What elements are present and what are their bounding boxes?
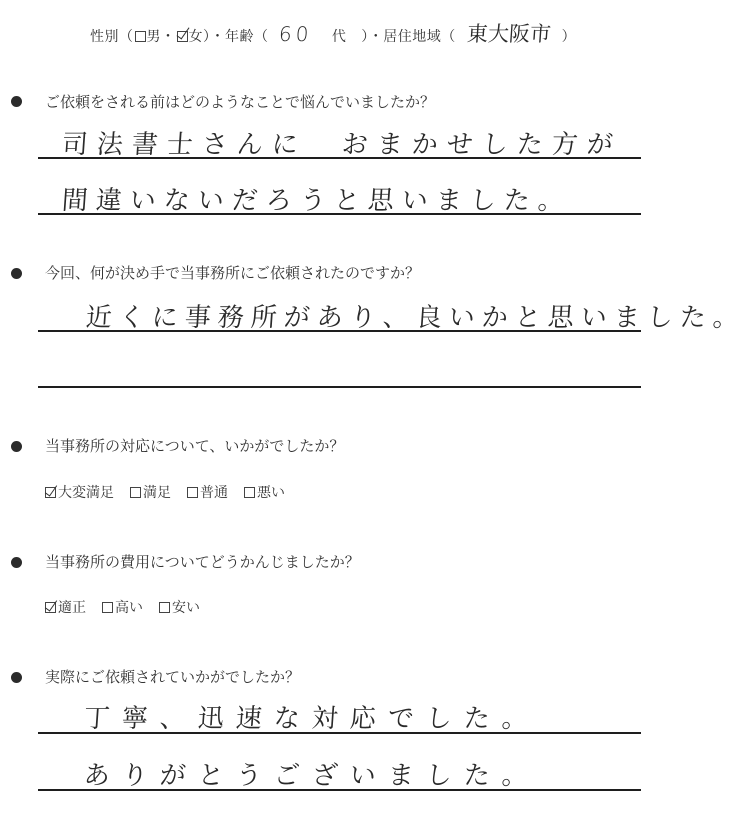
separator: ・ <box>161 29 176 45</box>
option-bad[interactable]: 悪い <box>244 482 285 502</box>
answer-rule <box>38 213 641 215</box>
checkbox[interactable] <box>159 602 170 613</box>
paren-close: ） <box>562 29 577 45</box>
answer-rule <box>38 386 641 388</box>
separator: ・ <box>369 29 384 45</box>
gender-male-label: 男 <box>147 29 162 45</box>
answer-5-line-1: 丁寧、迅速な対応でした。 <box>83 698 542 735</box>
question-1: ご依頼をされる前はどのようなことで悩んでいましたか？ <box>45 91 435 112</box>
age-label: 年齢 <box>225 29 254 45</box>
response-options: 大変満足 満足 普通 悪い <box>45 482 285 502</box>
paren-close: ） <box>203 29 211 45</box>
option-label: 高い <box>115 597 143 617</box>
paren-open: （ <box>441 29 456 45</box>
answer-rule <box>38 157 641 159</box>
region-value: 東大阪市 <box>466 18 552 48</box>
option-fair[interactable]: 適正 <box>45 597 86 617</box>
option-label: 大変満足 <box>58 482 114 502</box>
checkbox-checked[interactable] <box>45 602 56 613</box>
separator: ・ <box>211 29 226 45</box>
checkbox[interactable] <box>244 487 255 498</box>
option-expensive[interactable]: 高い <box>102 597 143 617</box>
bullet-icon <box>11 441 22 452</box>
answer-2-line-1: 近くに事務所があり、良いかと思いました。 <box>85 297 748 334</box>
option-very-satisfied[interactable]: 大変満足 <box>45 482 114 502</box>
bullet-icon <box>11 672 22 683</box>
gender-label: 性別 <box>90 29 119 45</box>
question-4: 当事務所の費用についてどうかんじましたか？ <box>45 551 360 572</box>
option-label: 満足 <box>143 482 171 502</box>
age-suffix: 代 <box>332 29 347 45</box>
age-value: 60 <box>279 22 314 46</box>
cost-options: 適正 高い 安い <box>45 597 200 617</box>
paren-open: （ <box>254 29 269 45</box>
option-cheap[interactable]: 安い <box>159 597 200 617</box>
region-label: 居住地域 <box>383 29 441 45</box>
paren-open: （ <box>119 29 134 45</box>
respondent-info: 性別（男・女）・年齢（ 60 代 ）・居住地域（ 東大阪市 ） <box>90 18 576 48</box>
question-5: 実際にご依頼されていかがでしたか？ <box>45 666 300 687</box>
option-label: 悪い <box>257 482 285 502</box>
question-2: 今回、何が決め手で当事務所にご依頼されたのですか？ <box>45 262 420 283</box>
answer-rule <box>38 330 641 332</box>
checkbox[interactable] <box>130 487 141 498</box>
checkbox[interactable] <box>187 487 198 498</box>
option-satisfied[interactable]: 満足 <box>130 482 171 502</box>
bullet-icon <box>11 96 22 107</box>
answer-1-line-1: 司法書士さんに おまかせした方が <box>61 124 624 161</box>
bullet-icon <box>11 557 22 568</box>
question-3: 当事務所の対応について、いかがでしたか？ <box>45 435 344 456</box>
answer-1-line-2: 間違いないだろうと思いました。 <box>61 180 574 217</box>
checkbox[interactable] <box>102 602 113 613</box>
gender-male-checkbox[interactable] <box>135 31 146 42</box>
gender-female-checkbox[interactable] <box>177 31 188 42</box>
checkbox-checked[interactable] <box>45 487 56 498</box>
answer-rule <box>38 732 641 734</box>
answer-rule <box>38 789 641 791</box>
paren-close: ） <box>361 29 369 45</box>
gender-female-label: 女 <box>189 29 204 45</box>
bullet-icon <box>11 268 22 279</box>
option-normal[interactable]: 普通 <box>187 482 228 502</box>
option-label: 適正 <box>58 597 86 617</box>
answer-5-line-2: ありがとうございました。 <box>83 755 542 792</box>
option-label: 普通 <box>200 482 228 502</box>
option-label: 安い <box>172 597 200 617</box>
